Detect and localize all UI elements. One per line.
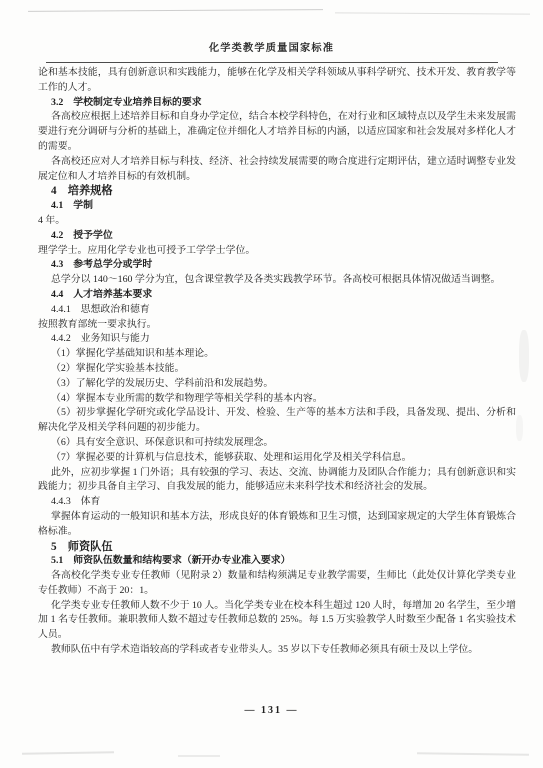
running-header-title: 化学类教学质量国家标准 [209, 43, 334, 55]
paragraph: 各高校应根据上述培养目标和自身办学定位，结合本校学科特色，在对行业和区域特点以及… [38, 110, 516, 154]
clause-heading: 4.4.2 业务知识与能力 [38, 332, 516, 347]
paragraph: 掌握体育运动的一般知识和基本方法，形成良好的体育锻炼和卫生习惯，达到国家规定的大… [38, 510, 516, 540]
subsection-heading: 4.1 学制 [38, 199, 516, 214]
header-rule [46, 62, 498, 63]
paragraph: 各高校还应对人才培养目标与科技、经济、社会持续发展需要的吻合度进行定期评估，建立… [38, 155, 516, 185]
scan-artifact-top [28, 9, 323, 14]
section-heading: 5 师资队伍 [38, 540, 516, 555]
paragraph-continuation: 理学学士。应用化学专业也可授予工学学士学位。 [38, 244, 516, 259]
scan-artifact-bottom [178, 755, 220, 757]
scan-artifact-right [516, 415, 523, 441]
document-body: 论和基本技能，具有创新意识和实践能力，能够在化学及相关学科领域从事科学研究、技术… [38, 66, 516, 658]
clause-heading: 4.4.1 思想政治和德育 [38, 303, 516, 318]
subsection-heading: 3.2 学校制定专业培养目标的要求 [38, 96, 516, 111]
paragraph-continuation: 按照教育部统一要求执行。 [38, 318, 516, 333]
clause-heading: 4.4.3 体育 [38, 495, 516, 510]
subsection-heading: 4.2 授予学位 [38, 229, 516, 244]
subsection-heading: 4.4 人才培养基本要求 [38, 288, 516, 303]
section-heading: 4 培养规格 [38, 184, 516, 199]
list-item: （5）初步掌握化学研究或化学品设计、开发、检验、生产等的基本方法和手段，具备发现… [38, 406, 516, 436]
page-header: 化学类教学质量国家标准 [0, 38, 543, 63]
scan-artifact-right [519, 330, 529, 382]
list-item: （7）掌握必要的计算机与信息技术，能够获取、处理和运用化学及相关学科信息。 [38, 451, 516, 466]
paragraph: 此外，应初步掌握 1 门外语；具有较强的学习、表达、交流、协调能力及团队合作能力… [38, 466, 516, 496]
scan-artifact-bottom [22, 751, 114, 755]
paragraph: 化学类专业专任教师人数不少于 10 人。当化学类专业在校本科生超过 120 人时… [38, 599, 516, 643]
paragraph: 各高校化学类专业专任教师（见附录 2）数量和结构须满足专业教学需要，生师比（此处… [38, 569, 516, 599]
subsection-heading: 5.1 师资队伍数量和结构要求（新开办专业准入要求） [38, 554, 516, 569]
list-item: （3）了解化学的发展历史、学科前沿和发展趋势。 [38, 377, 516, 392]
page-footer: — 131 — [0, 700, 543, 718]
paragraph: 教师队伍中有学术造诣较高的学科或者专业带头人。35 岁以下专任教师必须具有硕士及… [38, 643, 516, 658]
document-page: 化学类教学质量国家标准 论和基本技能，具有创新意识和实践能力，能够在化学及相关学… [0, 0, 543, 768]
subsection-heading: 4.3 参考总学分或学时 [38, 258, 516, 273]
list-item: （1）掌握化学基础知识和基本理论。 [38, 347, 516, 362]
list-item: （2）掌握化学实验基本技能。 [38, 362, 516, 377]
paragraph: 总学分以 140～160 学分为宜，包含课堂教学及各类实践教学环节。各高校可根据… [38, 273, 516, 288]
paragraph-continuation: 论和基本技能，具有创新意识和实践能力，能够在化学及相关学科领域从事科学研究、技术… [38, 66, 516, 96]
scan-artifact-bottom [417, 752, 529, 756]
page-number: — 131 — [245, 705, 299, 716]
paragraph-continuation: 4 年。 [38, 214, 516, 229]
list-item: （6）具有安全意识、环保意识和可持续发展理念。 [38, 436, 516, 451]
scan-artifact-top [335, 12, 530, 16]
list-item: （4）掌握本专业所需的数学和物理学等相关学科的基本内容。 [38, 392, 516, 407]
